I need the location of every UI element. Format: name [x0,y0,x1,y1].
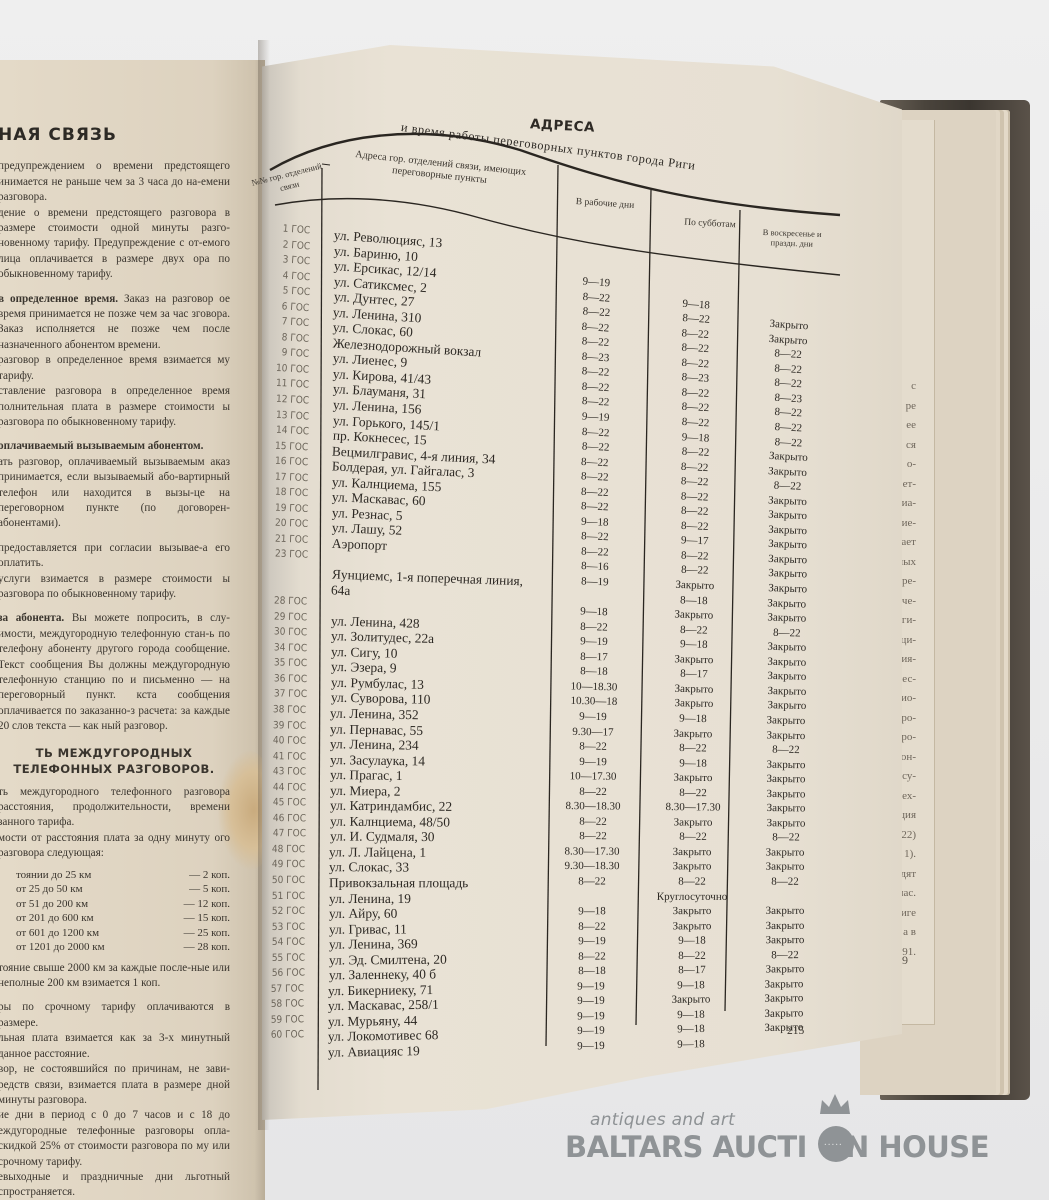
paragraph: дение о времени предстоящего разговора в… [0,206,230,283]
office-address: ул. Катриндамбис, 22 [330,798,452,815]
office-address: ул. Айру, 60 [329,906,397,922]
paragraph: тояние свыше 2000 км за каждые после-ные… [0,961,230,992]
hours-sundays: Закрыто [747,537,827,552]
office-number: 23 ГОС [260,548,308,561]
hours-workdays: 8—22 [560,454,631,469]
paragraph: ставление разговора в определенное время… [0,384,230,430]
hours-workdays: 9—19 [559,635,629,649]
office-address: ул. Ленина, 352 [330,705,419,723]
hours-saturdays: Закрыто [653,816,733,829]
office-address: ул. Слокас, 33 [329,860,409,876]
office-number: 10 ГОС [261,362,310,376]
office-number: 19 ГОС [260,502,308,515]
office-address: ул. Авиацияс 19 [328,1043,420,1061]
office-number: 54 ГОС [257,937,305,948]
office-number [256,1045,304,1046]
back-page-text-fragment: ет- [903,478,916,490]
hours-saturdays: 8—22 [655,474,735,490]
hours-workdays: 8—18 [559,665,629,679]
office-number: 45 ГОС [258,797,306,808]
hours-saturdays: 8.30—17.30 [653,801,733,814]
rate-row: от 1201 до 2000 км— 28 коп. [0,940,230,955]
hours-saturdays: 8—22 [655,444,736,460]
back-page-text-fragment: ре- [902,575,916,587]
hours-workdays: 9—19 [556,1010,626,1023]
office-number: 52 ГОС [257,906,305,917]
hours-sundays: Закрыто [745,846,825,858]
office-number: 13 ГОС [261,409,310,423]
hours-workdays: 9—19 [558,755,628,768]
rate-price: — 25 коп. [160,926,230,941]
hours-saturdays: Закрыто [651,993,731,1006]
office-number: 7 ГОС [261,315,310,329]
hours-workdays: 9—19 [558,710,628,723]
office-number: 41 ГОС [258,751,306,763]
hours-saturdays: 9—18 [653,712,733,726]
paragraph: за абонента. Вы можете попросить, в слу-… [0,611,230,734]
hours-saturdays: 8—22 [653,831,733,844]
rate-distance: от 601 до 1200 км [0,926,160,941]
office-number: 17 ГОС [260,471,308,484]
rate-row: от 51 до 200 км— 12 коп. [0,897,230,912]
hours-sundays: 8—22 [746,831,826,844]
hours-sundays: Закрыто [744,1007,824,1020]
hours-saturdays: 9—17 [654,534,734,549]
watermark-tagline: antiques and art [590,1110,735,1130]
hours-workdays: 8—22 [560,439,631,455]
hours-saturdays: Закрыто [653,727,733,740]
hours-sundays: Закрыто [747,655,827,669]
office-address: ул. Гривас, 11 [329,921,407,937]
office-number: 6 ГОС [261,300,310,314]
hours-saturdays: Закрыто [653,771,733,784]
hours-sundays: Закрыто [745,919,825,931]
hours-sundays: Закрыто [747,552,827,567]
hours-workdays: 9—19 [557,935,627,947]
paragraph: ры по срочному тарифу оплачиваются в раз… [0,1000,230,1031]
office-address: ул. И. Судмаля, 30 [330,829,435,846]
back-page-text-fragment: ся [906,439,916,451]
office-number: 59 ГОС [256,1014,304,1026]
office-number: 40 ГОС [258,735,306,747]
office-number: 47 ГОС [258,828,306,839]
paragraph: в определенное время. Заказ на разговор … [0,292,230,354]
hours-sundays: Закрыто [748,449,829,465]
back-page-text-fragment: иа- [902,497,916,509]
hours-sundays: Закрыто [744,978,824,991]
office-number: 3 ГОС [262,253,311,267]
back-page-text-fragment: ре [906,400,916,412]
paragraph: ть междугородного телефонного разговора … [0,785,230,831]
hours-saturdays: 8—17 [651,964,731,977]
hours-workdays: 8—22 [558,740,628,753]
hours-saturdays: 8—18 [654,593,734,608]
office-number: 38 ГОС [258,704,306,716]
hours-workdays: 9—18 [560,515,630,530]
hours-workdays: 9—18 [557,905,627,917]
office-number: 43 ГОС [258,766,306,778]
rate-price: — 2 коп. [160,868,230,883]
office-number: 8 ГОС [261,331,310,345]
hours-workdays: 9—19 [560,409,631,425]
hours-saturdays: 8—22 [653,786,733,799]
hours-workdays: 8—22 [560,485,630,500]
hours-sundays: Закрыто [746,817,826,830]
rate-distance: тоянии до 25 км [0,868,160,883]
office-number: 46 ГОС [258,813,306,824]
hours-saturdays: Закрыто [652,846,732,858]
hours-workdays: 8—22 [560,500,630,515]
paragraph: предупреждением о времени предстоящего и… [0,159,230,205]
office-number: 37 ГОС [259,688,307,700]
office-number: 29 ГОС [259,611,307,623]
hours-workdays: 9—19 [556,980,626,993]
hours-workdays: 8—18 [556,965,626,978]
hours-sundays: Закрыто [747,611,827,626]
office-number: 15 ГОС [260,440,308,453]
hours-sundays: Закрыто [746,714,826,728]
rates-heading: ТЬ МЕЖДУГОРОДНЫХ ТЕЛЕФОННЫХ РАЗГОВОРОВ. [0,745,230,777]
office-number: 57 ГОС [256,983,304,995]
office-address: 64а [331,582,351,599]
office-number: 58 ГОС [256,999,304,1011]
hours-saturdays: 8—22 [654,623,734,637]
hours-workdays: 8—22 [559,620,629,634]
hours-workdays: 8—22 [559,530,629,545]
office-number: 20 ГОС [260,517,308,530]
hours-sundays [744,1036,824,1037]
hours-workdays: 8—22 [560,364,631,380]
hours-saturdays: 8—22 [655,504,735,520]
hours-saturdays: Закрыто [653,697,733,711]
office-number: 28 ГОС [259,595,307,608]
rate-distance: от 201 до 600 км [0,911,160,926]
left-page-heading: НАЯ СВЯЗЬ [0,128,230,143]
hours-workdays: 8—16 [559,560,629,575]
office-number: 53 ГОС [257,921,305,932]
hours-saturdays: 8—22 [654,548,734,563]
rate-row: от 601 до 1200 км— 25 коп. [0,926,230,941]
hours-workdays: 9.30—17 [558,725,628,738]
hours-sundays: Закрыто [746,699,826,713]
hours-sundays: Закрыто [747,596,827,611]
hours-sundays: Закрыто [746,802,826,815]
hours-saturdays: 8—22 [652,949,732,962]
hours-sundays: Закрыто [747,567,827,582]
hours-sundays: Закрыто [746,787,826,800]
hours-workdays: 8—19 [559,575,629,589]
office-number: 55 ГОС [257,952,305,963]
back-page-text-fragment: ает [901,536,916,548]
office-number: 50 ГОС [257,875,305,886]
paragraph: ие дни в период с 0 до 7 часов и с 18 до… [0,1108,230,1170]
hours-workdays: 10.30—18 [558,695,628,709]
hours-workdays: 8—22 [557,920,627,932]
hours-sundays: Закрыто [747,581,827,596]
back-page-text-fragment: а в [903,926,916,938]
hours-sundays: Закрыто [745,934,825,946]
crown-icon [818,1094,852,1116]
office-number: 39 ГОС [258,720,306,732]
hours-saturdays: 8—17 [654,667,734,681]
office-number: 5 ГОС [261,284,310,298]
section-title: за абонента. [0,612,64,624]
hours-saturdays: Закрыто [654,578,734,593]
hours-workdays: 10—18.30 [559,680,629,694]
hours-sundays: Закрыто [745,861,825,873]
office-address: ул. Ленина, 19 [329,890,411,906]
rate-row: тоянии до 25 км— 2 коп. [0,868,230,883]
rate-price: — 15 коп. [160,911,230,926]
hours-saturdays: 8—22 [652,876,732,888]
hours-saturdays: 8—22 [655,400,736,416]
office-number: 44 ГОС [258,782,306,794]
rate-price: — 5 коп. [160,882,230,897]
hours-workdays: 8.30—18.30 [558,800,628,813]
paragraph: льная плата взимается как за 3-х минутны… [0,1031,230,1062]
office-number: 21 ГОС [260,533,308,546]
hours-workdays: 8.30—17.30 [557,845,627,857]
rate-distance: от 1201 до 2000 км [0,940,160,955]
hours-sundays: 8—22 [748,478,828,494]
back-page-text-fragment: с [911,380,916,392]
table-title: АДРЕСА [530,116,596,135]
hours-saturdays: 8—22 [653,742,733,755]
hours-saturdays: 9—18 [651,1008,731,1021]
office-number: 11 ГОС [261,377,310,391]
back-page-text-fragment: ее [906,419,916,431]
office-number: 51 ГОС [257,890,305,901]
section-title: в определенное время. [0,293,118,305]
rate-price: — 28 коп. [160,940,230,955]
hours-sundays: Закрыто [744,963,824,976]
paragraph: ать разговор, оплачиваемый вызываемым ак… [0,455,230,532]
hours-sundays: Закрыто [747,640,827,654]
hours-saturdays: Закрыто [652,920,732,932]
paragraph: предоставляется при согласии вызывае-а е… [0,541,230,572]
left-page-text: НАЯ СВЯЗЬ предупреждением о времени пред… [0,128,230,1200]
office-number: 56 ГОС [256,968,304,979]
hours-sundays: Закрыто [744,1022,824,1035]
office-number: 49 ГОС [257,859,305,870]
hours-saturdays: Закрыто [654,682,734,696]
hours-saturdays: 9—18 [651,979,731,992]
hours-saturdays: 8—22 [654,519,734,534]
office-address: ул. Прагас, 1 [330,767,403,784]
hours-saturdays: 9—18 [654,638,734,652]
hours-sundays: Закрыто [744,992,824,1005]
hours-workdays: 8—22 [559,545,629,560]
hours-workdays: 9—19 [556,995,626,1008]
hours-sundays: Закрыто [747,508,827,524]
back-page-text-fragment: ие- [902,517,916,529]
rate-row: от 25 до 50 км— 5 коп. [0,882,230,897]
hours-saturdays: 8—22 [654,563,734,578]
rate-distance: от 51 до 200 км [0,897,160,912]
office-number: 4 ГОС [261,269,310,283]
hours-workdays: 8—22 [558,815,628,828]
office-address: ул. Заленнеку, 40 б [328,967,435,984]
paragraph: разговор в определенное время взимается … [0,353,230,384]
section-title: оплачиваемый вызываемым абонентом. [0,439,230,454]
back-page-text-fragment: о- [907,458,916,470]
office-address: ул. Ленина, 369 [329,936,418,952]
hours-sundays: Закрыто [746,729,826,742]
paragraph: услуги взимается в размере стоимости ы р… [0,572,230,603]
watermark: antiques and art BALTARS AUCTIN HOUSE [560,1108,980,1168]
hours-sundays: 8—22 [745,949,825,962]
paragraph: евыходные и праздничные дни льготный спр… [0,1170,230,1200]
watermark-o-emblem [818,1126,854,1162]
hours-sundays: Закрыто [746,773,826,786]
back-page-text-fragment: 1). [904,848,916,860]
office-number: 16 ГОС [260,455,308,468]
left-page: НАЯ СВЯЗЬ предупреждением о времени пред… [0,60,265,1200]
office-number: 30 ГОС [259,626,307,638]
hours-workdays: 8—17 [559,650,629,664]
office-number: 36 ГОС [259,673,307,685]
hours-sundays: 8—22 [745,876,825,888]
hours-saturdays: 9—18 [651,1023,731,1036]
office-number: 14 ГОС [260,424,308,437]
office-address: ул. Ленина, 234 [330,736,419,753]
paragraph: мости от расстояния плата за одну минуту… [0,831,230,862]
hours-workdays: 9—19 [556,1025,626,1038]
office-number: 1 ГОС [262,222,311,236]
office-address: Привокзальная площадь [329,875,468,891]
hours-workdays: 8—22 [560,470,630,485]
paragraph: вор, не состоявшийся по причинам, не зав… [0,1062,230,1108]
rate-distance: от 25 до 50 км [0,882,160,897]
hours-workdays: 8—22 [558,785,628,798]
hours-sundays: Закрыто [745,905,825,917]
page-number: 215 [787,1025,804,1037]
hours-sundays: 8—22 [748,405,829,421]
office-number: 35 ГОС [259,657,307,669]
office-number: 60 ГОС [256,1030,304,1042]
hours-workdays: 9—18 [559,605,629,619]
office-number: 18 ГОС [260,486,308,499]
hours-saturdays: Закрыто [652,905,732,917]
hours-saturdays: Круглосуточно [652,890,732,902]
hours-workdays: 8—22 [558,830,628,842]
office-number: 34 ГОС [259,642,307,654]
rate-row: от 201 до 600 км— 15 коп. [0,911,230,926]
office-number: 9 ГОС [261,346,310,360]
hours-workdays: 9.30—18.30 [557,860,627,872]
hours-saturdays: 9—18 [651,1038,731,1051]
office-number: 12 ГОС [261,393,310,407]
hours-sundays: Закрыто [747,523,827,538]
hours-saturdays: Закрыто [654,608,734,623]
hours-saturdays: Закрыто [652,861,732,873]
hours-workdays: 8—22 [557,950,627,963]
hours-sundays: Закрыто [747,670,827,684]
hours-workdays: 8—22 [557,875,627,887]
column-header-sundays: В воскресенье и праздн. дни [752,227,833,250]
rate-table: тоянии до 25 км— 2 коп.от 25 до 50 км— 5… [0,868,230,955]
hours-workdays: 10—17.30 [558,770,628,783]
hours-workdays: 8—22 [560,394,631,410]
hours-workdays: 9—19 [556,1040,626,1053]
hours-sundays: 8—22 [746,743,826,756]
rate-price: — 12 коп. [160,897,230,912]
hours-saturdays: 9—18 [653,757,733,770]
hours-sundays: Закрыто [746,684,826,698]
office-address: ул. Л. Лайцена, 1 [329,844,426,860]
hours-saturdays: Закрыто [654,652,734,666]
hours-sundays: 8—22 [747,626,827,640]
hours-sundays: Закрыто [746,758,826,771]
watermark-brand: BALTARS AUCTIN HOUSE [565,1130,989,1164]
office-number: 48 ГОС [257,844,305,855]
hours-saturdays: 9—18 [652,935,732,947]
